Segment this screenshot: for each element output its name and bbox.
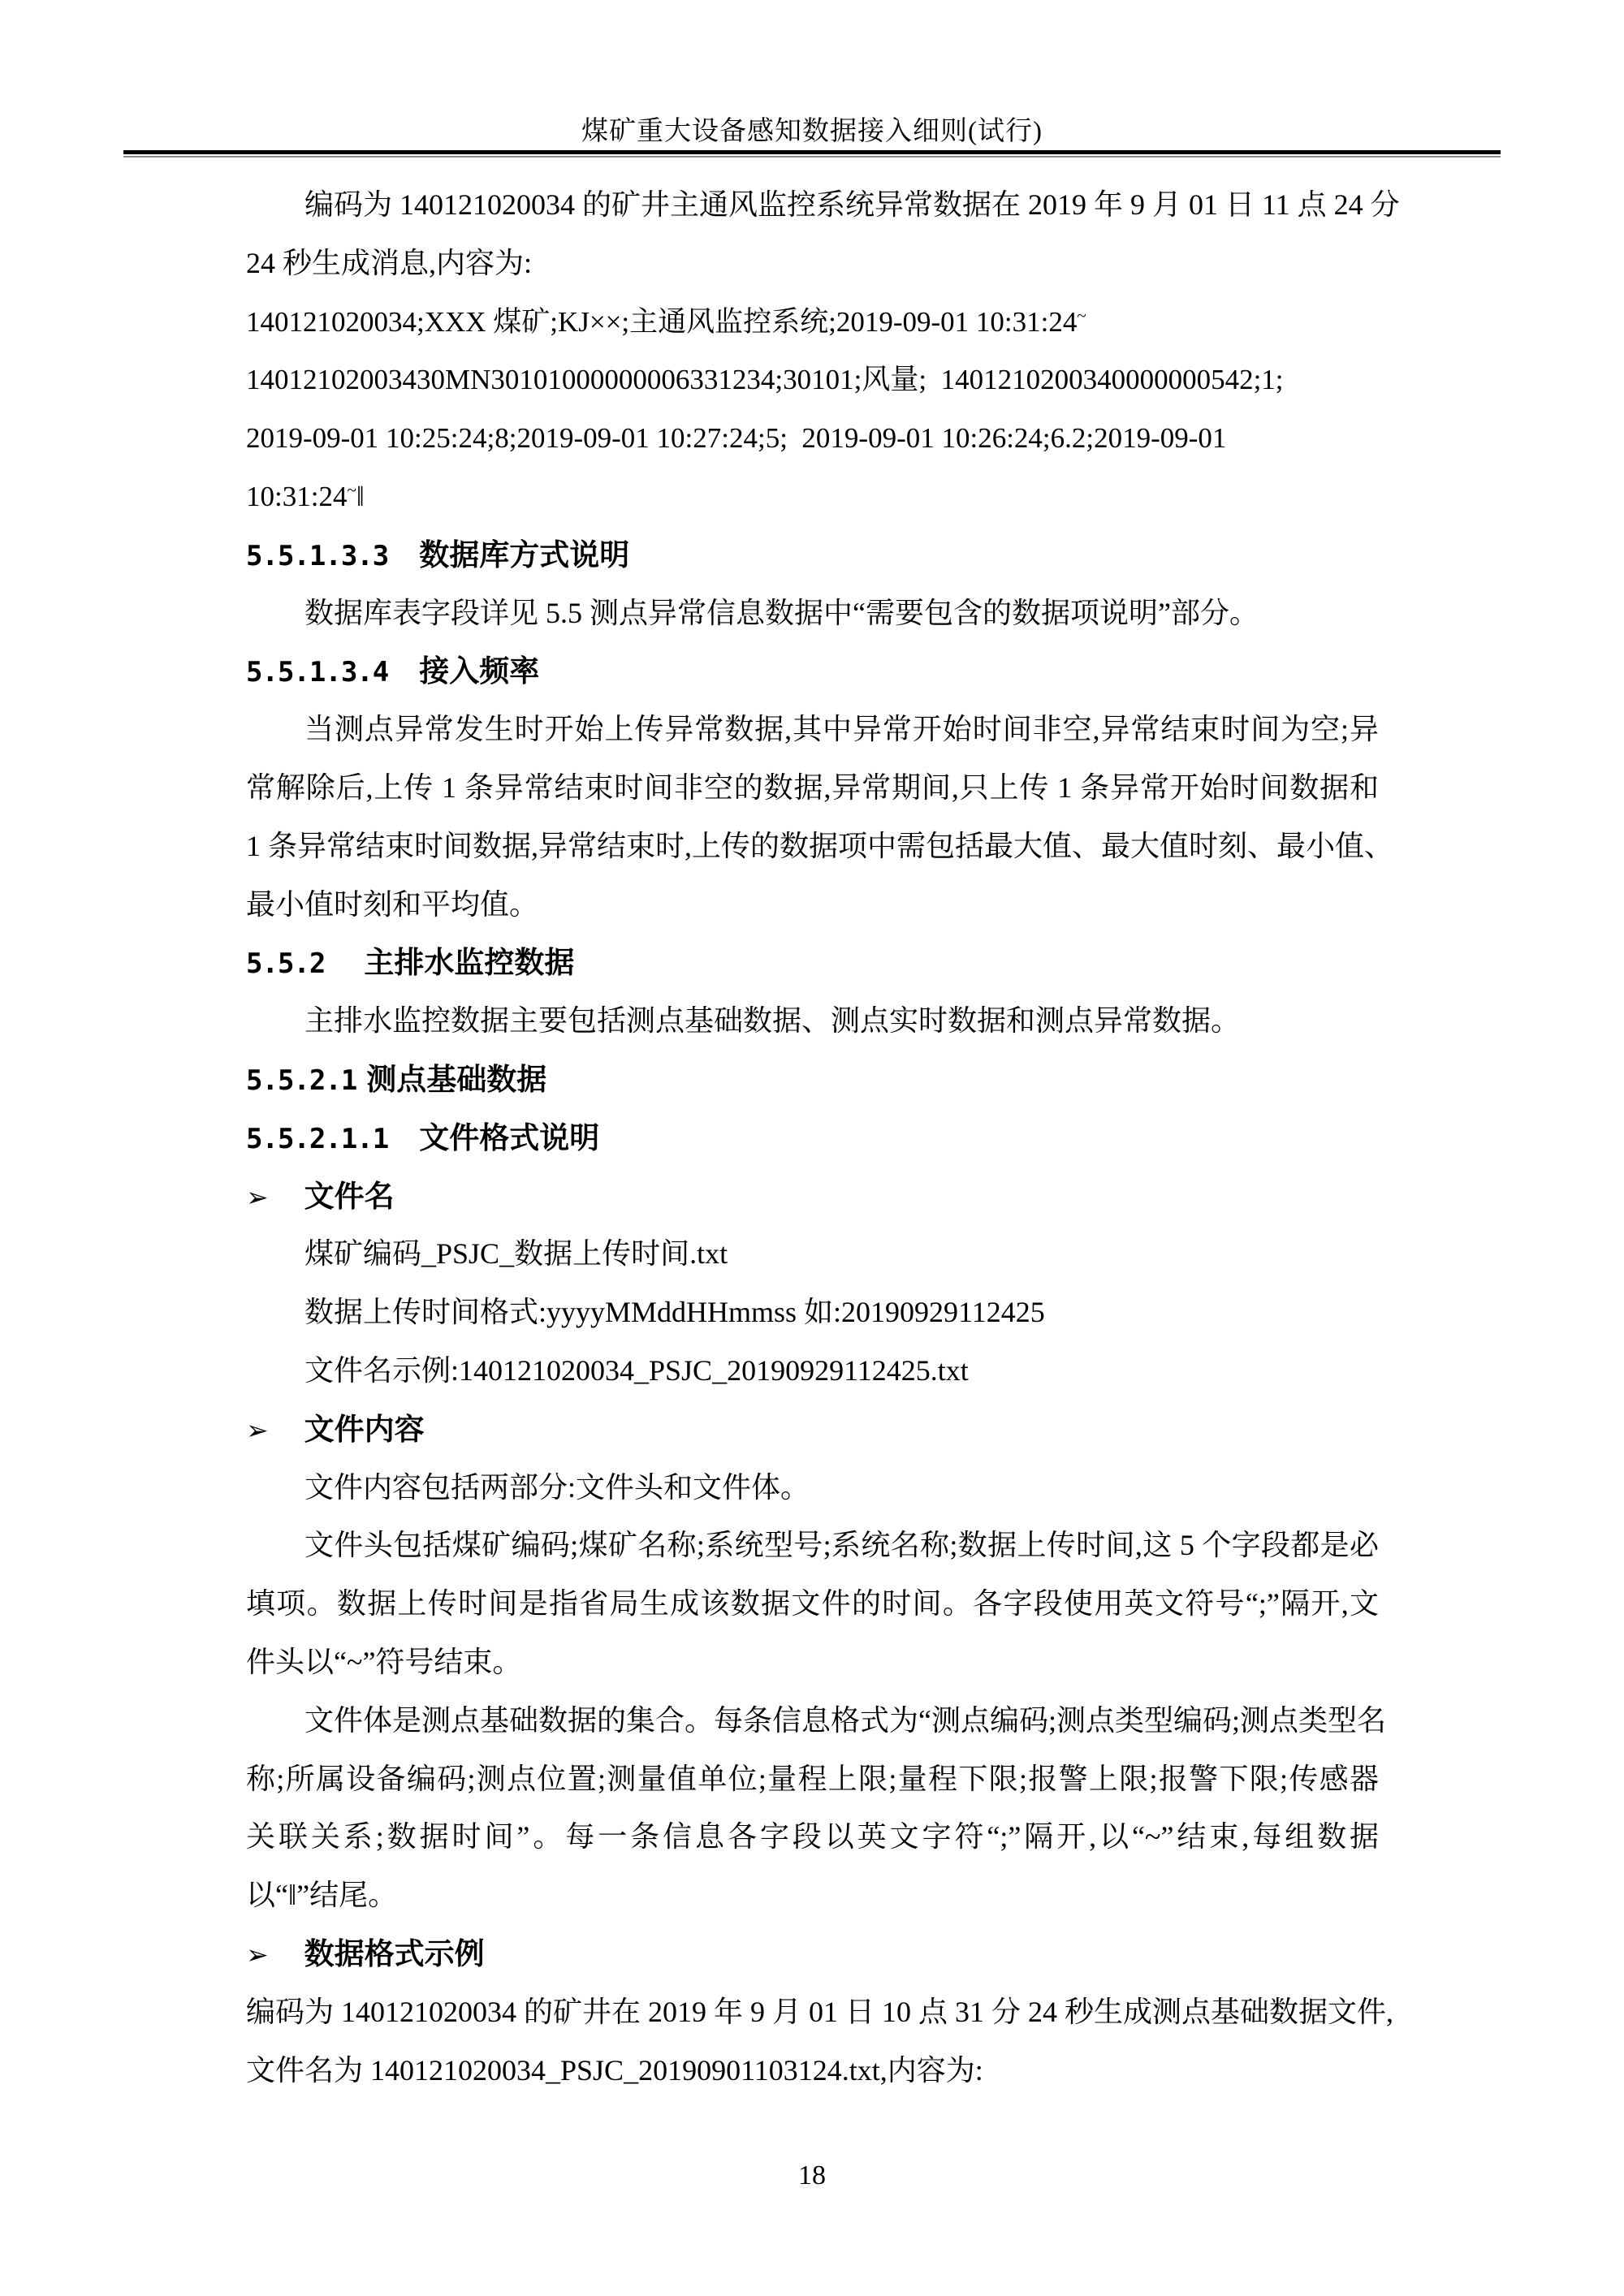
section-title: 接入频率 bbox=[419, 654, 539, 688]
paragraph-line: 煤矿编码_PSJC_数据上传时间.txt bbox=[246, 1225, 1379, 1284]
section-heading-5-5-2-1-1: 5.5.2.1.1文件格式说明 bbox=[246, 1109, 1379, 1167]
bullet-heading-file-content: ➢文件内容 bbox=[246, 1400, 1379, 1459]
superscript-tilde: ~ bbox=[1077, 305, 1086, 325]
superscript-tilde: ~ bbox=[347, 480, 356, 499]
bullet-heading-label: 数据格式示例 bbox=[304, 1937, 485, 1970]
section-number: 5.5.2.1 bbox=[246, 1064, 356, 1097]
document-body: 编码为 140121020034 的矿井主通风监控系统异常数据在 2019 年 … bbox=[246, 176, 1379, 2100]
data-text: 10:31:24 bbox=[246, 481, 347, 512]
section-heading-5-5-2: 5.5.2主排水监控数据 bbox=[246, 934, 1379, 992]
paragraph-line: 编码为 140121020034 的矿井主通风监控系统异常数据在 2019 年 … bbox=[246, 176, 1379, 235]
section-heading-5-5-1-3-3: 5.5.1.3.3数据库方式说明 bbox=[246, 526, 1379, 585]
document-page: 煤矿重大设备感知数据接入细则(试行) 编码为 140121020034 的矿井主… bbox=[0, 0, 1624, 2296]
bullet-heading-label: 文件名 bbox=[304, 1180, 395, 1213]
paragraph-line: 编码为 140121020034 的矿井在 2019 年 9 月 01 日 10… bbox=[246, 1983, 1379, 2042]
data-message-line: 140121020034;XXX 煤矿;KJ××;主通风监控系统;2019-09… bbox=[246, 293, 1379, 352]
data-message-line: 14012102003430MN30101000000006331234;301… bbox=[246, 351, 1379, 409]
paragraph-line: 数据上传时间格式:yyyyMMddHHmmss 如:20190929112425 bbox=[246, 1284, 1379, 1342]
paragraph-line: 文件内容包括两部分:文件头和文件体。 bbox=[246, 1459, 1379, 1517]
header-title: 煤矿重大设备感知数据接入细则(试行) bbox=[0, 115, 1624, 148]
arrow-bullet-icon: ➢ bbox=[246, 1414, 269, 1446]
paragraph-line: 当测点异常发生时开始上传异常数据,其中异常开始时间非空,异常结束时间为空;异 bbox=[246, 701, 1379, 759]
paragraph-line: 常解除后,上传 1 条异常结束时间非空的数据,异常期间,只上传 1 条异常开始时… bbox=[246, 759, 1379, 818]
section-heading-5-5-2-1: 5.5.2.1测点基础数据 bbox=[246, 1051, 1379, 1109]
data-message-line: 2019-09-01 10:25:24;8;2019-09-01 10:27:2… bbox=[246, 409, 1379, 468]
section-title: 主排水监控数据 bbox=[364, 946, 574, 979]
section-number: 5.5.2 bbox=[246, 947, 325, 980]
paragraph-line: 文件体是测点基础数据的集合。每条信息格式为“测点编码;测点类型编码;测点类型名 bbox=[246, 1692, 1379, 1750]
bullet-heading-data-format-example: ➢数据格式示例 bbox=[246, 1925, 1379, 1983]
section-title: 文件格式说明 bbox=[419, 1121, 599, 1154]
paragraph-line: 最小值时刻和平均值。 bbox=[246, 876, 1379, 934]
section-number: 5.5.1.3.3 bbox=[246, 540, 388, 572]
page-number: 18 bbox=[0, 2160, 1624, 2192]
paragraph-line: 填项。数据上传时间是指省局生成该数据文件的时间。各字段使用英文符号“;”隔开,文 bbox=[246, 1575, 1379, 1634]
paragraph-line: 1 条异常结束时间数据,异常结束时,上传的数据项中需包括最大值、最大值时刻、最小… bbox=[246, 818, 1379, 876]
paragraph-line: 文件头包括煤矿编码;煤矿名称;系统型号;系统名称;数据上传时间,这 5 个字段都… bbox=[246, 1517, 1379, 1575]
section-title: 数据库方式说明 bbox=[419, 538, 629, 572]
paragraph-line: 主排水监控数据主要包括测点基础数据、测点实时数据和测点异常数据。 bbox=[246, 992, 1379, 1051]
header-rule-thin bbox=[123, 156, 1501, 158]
bullet-heading-label: 文件内容 bbox=[304, 1413, 425, 1446]
arrow-bullet-icon: ➢ bbox=[246, 1939, 269, 1970]
arrow-bullet-icon: ➢ bbox=[246, 1181, 269, 1213]
paragraph-line: 称;所属设备编码;测点位置;测量值单位;量程上限;量程下限;报警上限;报警下限;… bbox=[246, 1750, 1379, 1809]
paragraph-line: 以“‖”结尾。 bbox=[246, 1867, 1379, 1925]
section-title: 测点基础数据 bbox=[366, 1063, 546, 1096]
section-number: 5.5.2.1.1 bbox=[246, 1123, 388, 1155]
section-number: 5.5.1.3.4 bbox=[246, 656, 388, 688]
paragraph-line: 件头以“~”符号结束。 bbox=[246, 1634, 1379, 1692]
paragraph-line: 24 秒生成消息,内容为: bbox=[246, 235, 1379, 293]
record-terminator: ‖ bbox=[356, 481, 365, 512]
paragraph-line: 文件名为 140121020034_PSJC_20190901103124.tx… bbox=[246, 2042, 1379, 2100]
paragraph-line: 文件名示例:140121020034_PSJC_20190929112425.t… bbox=[246, 1342, 1379, 1400]
paragraph-line: 数据库表字段详见 5.5 测点异常信息数据中“需要包含的数据项说明”部分。 bbox=[246, 585, 1379, 643]
paragraph-line: 关联关系;数据时间”。每一条信息各字段以英文字符“;”隔开,以“~”结束,每组数… bbox=[246, 1808, 1379, 1867]
data-text: 140121020034;XXX 煤矿;KJ××;主通风监控系统;2019-09… bbox=[246, 306, 1077, 338]
data-message-line: 10:31:24~‖ bbox=[246, 468, 1379, 526]
header-rule-thick bbox=[123, 150, 1501, 154]
section-heading-5-5-1-3-4: 5.5.1.3.4接入频率 bbox=[246, 642, 1379, 701]
bullet-heading-filename: ➢文件名 bbox=[246, 1167, 1379, 1226]
